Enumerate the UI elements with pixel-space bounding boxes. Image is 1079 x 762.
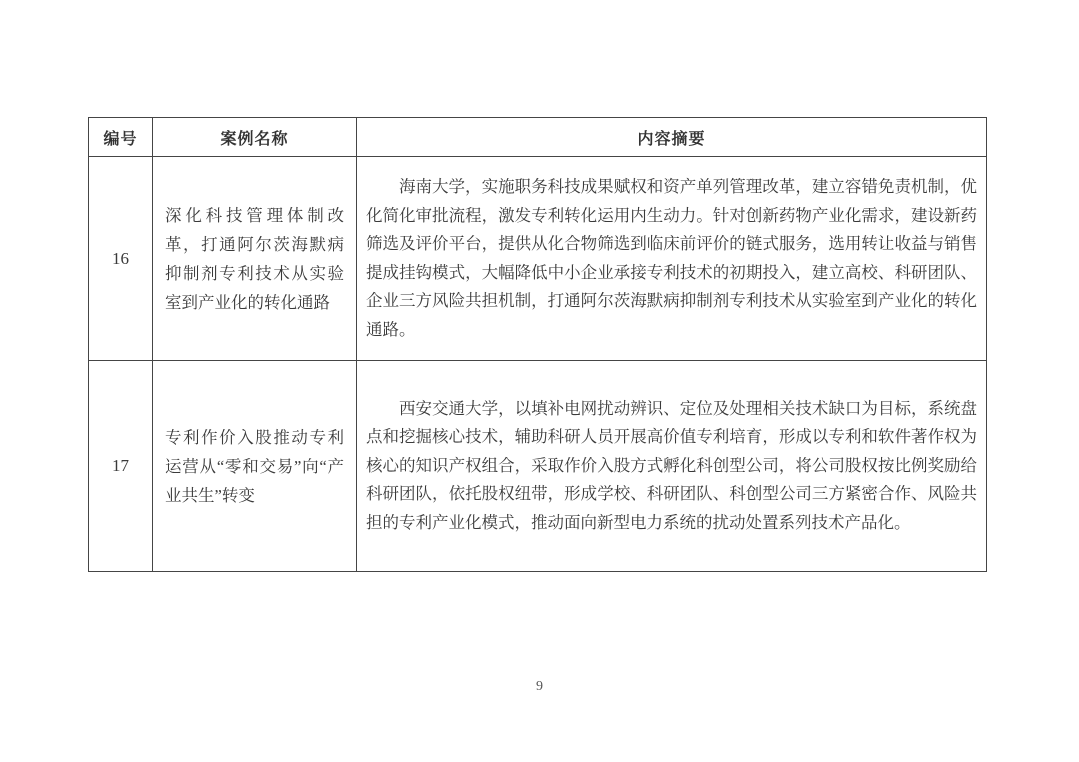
case-summary-text: 西安交通大学，以填补电网扰动辨识、定位及处理相关技术缺口为目标，系统盘点和挖掘核… — [366, 395, 977, 538]
case-summary: 西安交通大学，以填补电网扰动辨识、定位及处理相关技术缺口为目标，系统盘点和挖掘核… — [357, 361, 987, 572]
case-id: 16 — [89, 157, 153, 361]
table-row: 16 深化科技管理体制改革，打通阿尔茨海默病抑制剂专利技术从实验室到产业化的转化… — [89, 157, 987, 361]
case-name: 专利作价入股推动专利运营从“零和交易”向“产业共生”转变 — [153, 361, 357, 572]
case-id: 17 — [89, 361, 153, 572]
document-page: 编号 案例名称 内容摘要 16 深化科技管理体制改革，打通阿尔茨海默病抑制剂专利… — [0, 0, 1079, 762]
header-case-name: 案例名称 — [153, 118, 357, 157]
page-number: 9 — [0, 679, 1079, 695]
table-row: 17 专利作价入股推动专利运营从“零和交易”向“产业共生”转变 西安交通大学，以… — [89, 361, 987, 572]
header-id: 编号 — [89, 118, 153, 157]
case-summary-text: 海南大学，实施职务科技成果赋权和资产单列管理改革，建立容错免责机制，优化简化审批… — [366, 173, 977, 344]
table-header-row: 编号 案例名称 内容摘要 — [89, 118, 987, 157]
case-name: 深化科技管理体制改革，打通阿尔茨海默病抑制剂专利技术从实验室到产业化的转化通路 — [153, 157, 357, 361]
header-summary: 内容摘要 — [357, 118, 987, 157]
cases-table: 编号 案例名称 内容摘要 16 深化科技管理体制改革，打通阿尔茨海默病抑制剂专利… — [88, 117, 987, 572]
case-summary: 海南大学，实施职务科技成果赋权和资产单列管理改革，建立容错免责机制，优化简化审批… — [357, 157, 987, 361]
